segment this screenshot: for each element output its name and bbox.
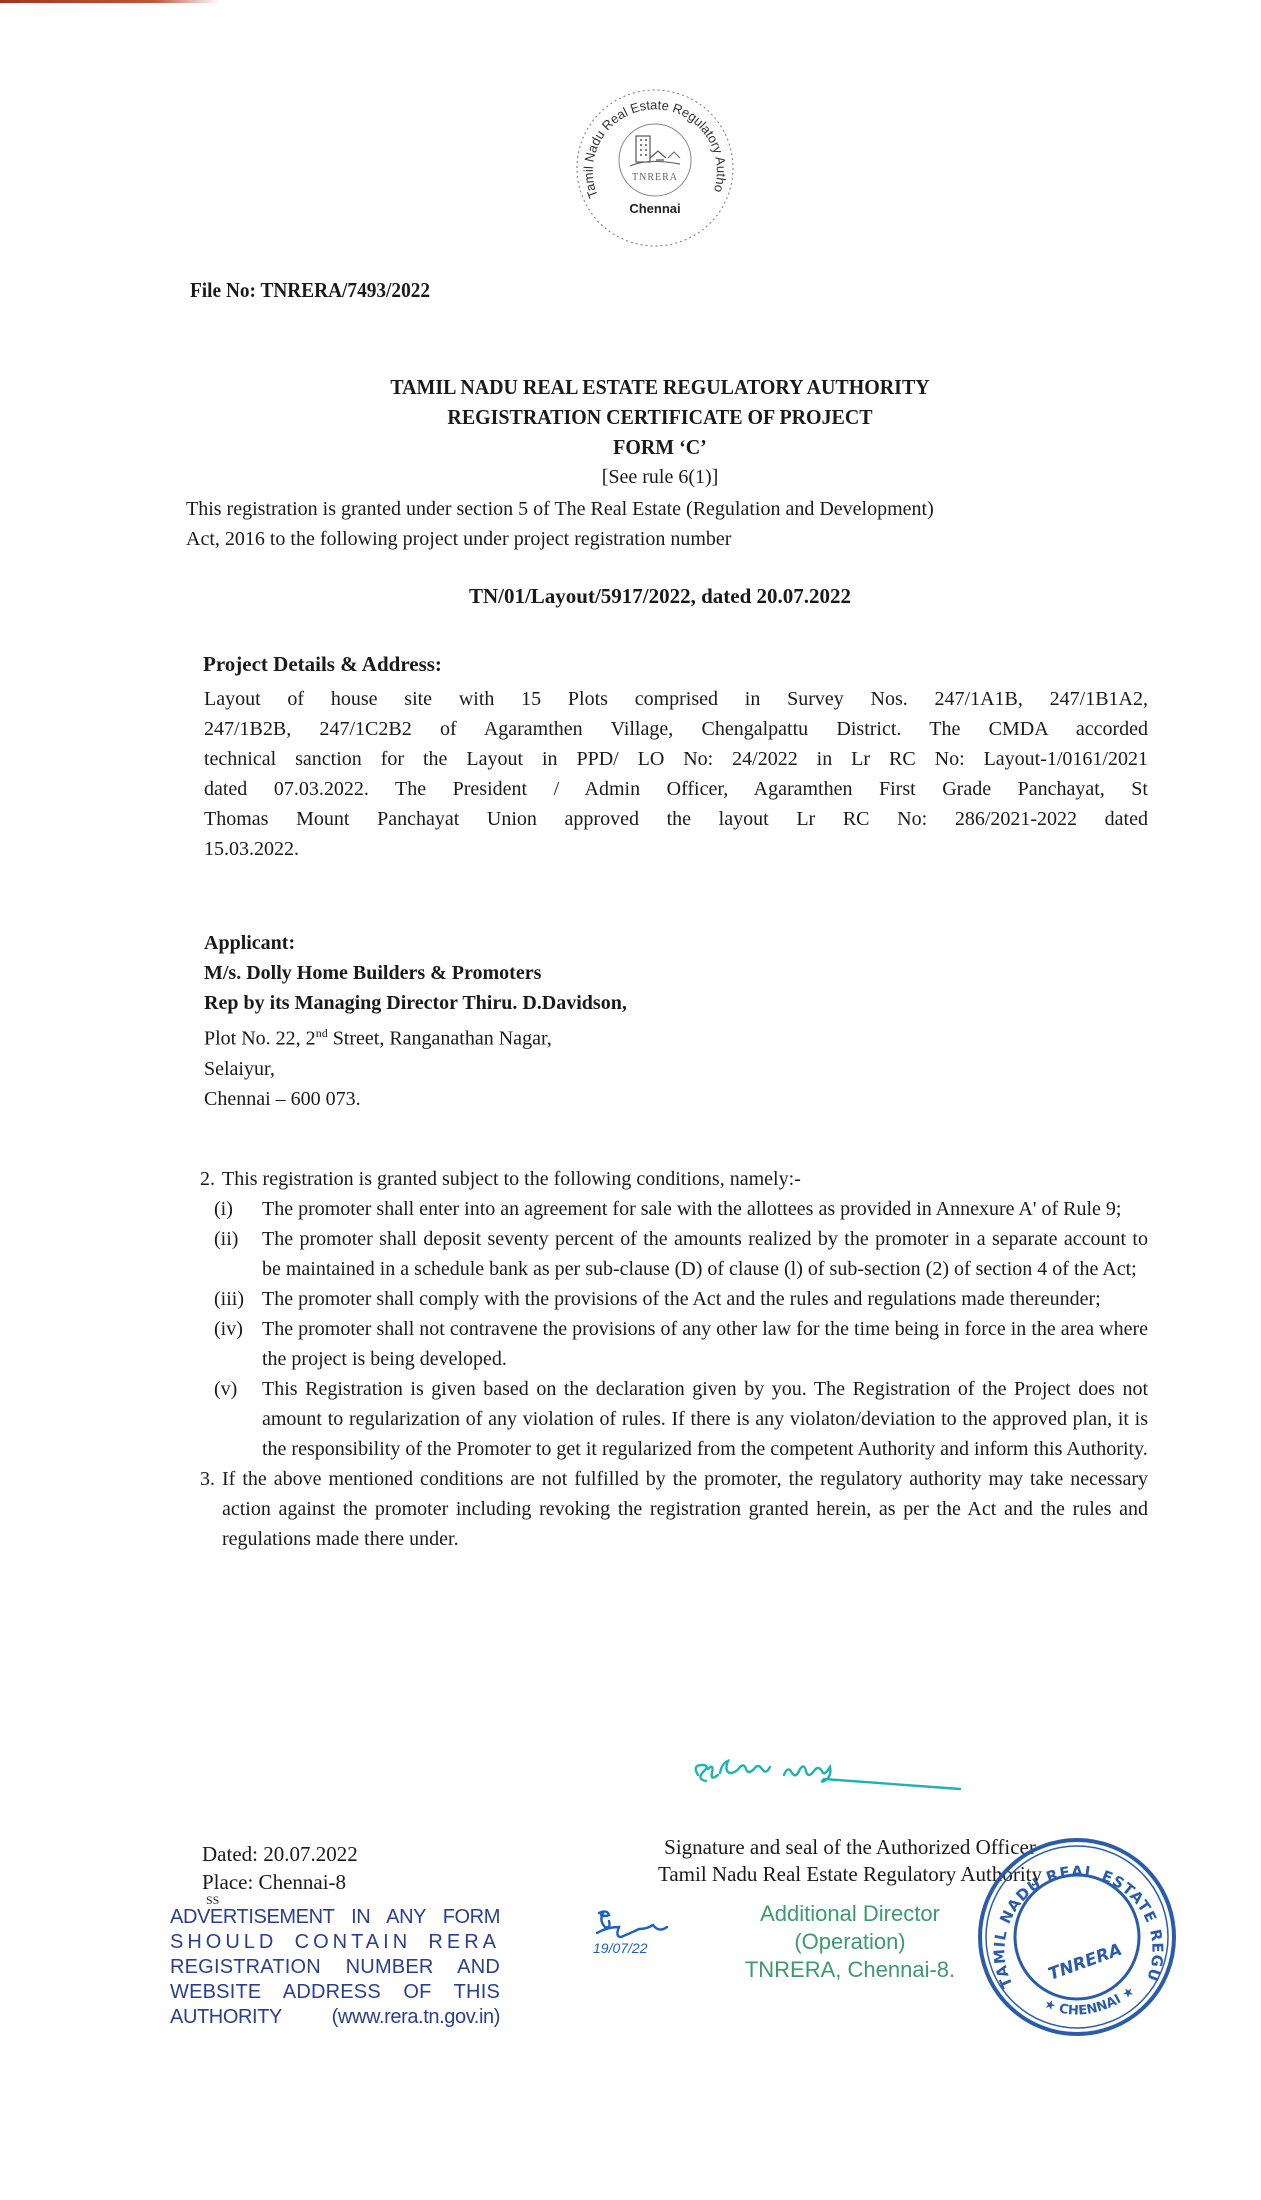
clause-3: 3. If the above mentioned conditions are… — [200, 1464, 1148, 1554]
applicant-city: Chennai – 600 073. — [204, 1084, 627, 1114]
project-details-text: Layout of house site with 15 Plots compr… — [204, 684, 1148, 864]
condition-numeral: (v) — [214, 1374, 262, 1464]
project-details-line: Layout of house site with 15 Plots compr… — [204, 684, 1148, 714]
intro-paragraph: This registration is granted under secti… — [186, 494, 1146, 554]
tnrera-emblem: Tamil Nadu Real Estate Regulatory Author… — [568, 78, 743, 253]
condition-item: (v) This Registration is given based on … — [214, 1374, 1148, 1464]
place: Place: Chennai-8 — [202, 1868, 358, 1896]
project-details-line: 15.03.2022. — [204, 834, 1148, 864]
advertisement-stamp: ADVERTISEMENT IN ANY FORM SHOULD CONTAIN… — [170, 1905, 500, 2030]
applicant-representative: Rep by its Managing Director Thiru. D.Da… — [204, 988, 627, 1018]
applicant-heading: Applicant: — [204, 928, 627, 958]
address-sup: nd — [316, 1026, 328, 1040]
project-details-line: 247/1B2B, 247/1C2B2 of Agaramthen Villag… — [204, 714, 1148, 744]
advertisement-line: AUTHORITY (www.rera.tn.gov.in) — [170, 2005, 500, 2030]
project-details-line: technical sanction for the Layout in PPD… — [204, 744, 1148, 774]
advertisement-line: WEBSITE ADDRESS OF THIS — [170, 1980, 500, 2005]
seal-center-text: TNRERA — [1046, 1940, 1125, 1985]
advertisement-line: REGISTRATION NUMBER AND — [170, 1955, 500, 1980]
conditions-lead: 2. This registration is granted subject … — [200, 1164, 1148, 1194]
project-details-heading: Project Details & Address: — [203, 652, 442, 677]
applicant-address: Plot No. 22, 2nd Street, Ranganathan Nag… — [204, 1018, 627, 1054]
heading-certificate: REGISTRATION CERTIFICATE OF PROJECT — [204, 402, 1116, 432]
conditions-block: 2. This registration is granted subject … — [200, 1164, 1148, 1554]
emblem-bottom-text: Chennai — [629, 201, 680, 216]
certificate-heading: TAMIL NADU REAL ESTATE REGULATORY AUTHOR… — [204, 372, 1116, 462]
condition-item: (iv) The promoter shall not contravene t… — [214, 1314, 1148, 1374]
condition-text: The promoter shall not contravene the pr… — [262, 1314, 1148, 1374]
clause-number: 3. — [200, 1464, 222, 1554]
address-suffix: Street, Ranganathan Nagar, — [328, 1028, 552, 1050]
intro-line-1: This registration is granted under secti… — [186, 494, 1146, 524]
rule-reference: [See rule 6(1)] — [180, 466, 1140, 489]
registration-number: TN/01/Layout/5917/2022, dated 20.07.2022 — [180, 584, 1140, 609]
condition-numeral: (i) — [214, 1194, 262, 1224]
designation-title: Additional Director — [700, 1900, 1000, 1928]
applicant-name: M/s. Dolly Home Builders & Promoters — [204, 958, 627, 988]
emblem-center-text: TNRERA — [632, 172, 678, 183]
applicant-block: Applicant: M/s. Dolly Home Builders & Pr… — [204, 928, 627, 1114]
page-edge-mark — [0, 0, 220, 3]
designation-stamp: Additional Director (Operation) TNRERA, … — [700, 1900, 1000, 1984]
dated: Dated: 20.07.2022 — [202, 1840, 358, 1868]
condition-item: (iii) The promoter shall comply with the… — [214, 1284, 1148, 1314]
condition-numeral: (iv) — [214, 1314, 262, 1374]
advertisement-line: SHOULD CONTAIN RERA — [170, 1930, 500, 1955]
date-place-block: Dated: 20.07.2022 Place: Chennai-8 — [202, 1840, 358, 1896]
svg-text:★ CHENNAI ★: ★ CHENNAI ★ — [1042, 1984, 1138, 2019]
authority-seal: TAMIL NADU REAL ESTATE REGULATORY AUTHOR… — [975, 1835, 1180, 2040]
applicant-locality: Selaiyur, — [204, 1054, 627, 1084]
clause-number: 2. — [200, 1164, 222, 1194]
condition-text: The promoter shall comply with the provi… — [262, 1284, 1148, 1314]
seal-bottom-text: ★ CHENNAI ★ — [1042, 1984, 1138, 2019]
project-details-line: dated 07.03.2022. The President / Admin … — [204, 774, 1148, 804]
officer-signature — [690, 1745, 980, 1795]
designation-department: (Operation) — [700, 1928, 1000, 1956]
initials-date: 19/07/22 — [593, 1940, 648, 1956]
conditions-lead-text: This registration is granted subject to … — [222, 1164, 801, 1194]
heading-form: FORM ‘C’ — [204, 432, 1116, 462]
file-number: File No: TNRERA/7493/2022 — [190, 278, 430, 303]
condition-numeral: (ii) — [214, 1224, 262, 1284]
condition-text: The promoter shall enter into an agreeme… — [262, 1194, 1148, 1224]
heading-authority: TAMIL NADU REAL ESTATE REGULATORY AUTHOR… — [204, 372, 1116, 402]
address-prefix: Plot No. 22, 2 — [204, 1028, 316, 1050]
condition-text: This Registration is given based on the … — [262, 1374, 1148, 1464]
advertisement-line: ADVERTISEMENT IN ANY FORM — [170, 1905, 500, 1930]
condition-numeral: (iii) — [214, 1284, 262, 1314]
condition-item: (i) The promoter shall enter into an agr… — [214, 1194, 1148, 1224]
project-details-line: Thomas Mount Panchayat Union approved th… — [204, 804, 1148, 834]
condition-text: The promoter shall deposit seventy perce… — [262, 1224, 1148, 1284]
handwritten-initials: 19/07/22 — [585, 1905, 685, 1965]
designation-office: TNRERA, Chennai-8. — [700, 1956, 1000, 1984]
intro-line-2: Act, 2016 to the following project under… — [186, 524, 1146, 554]
clause-3-text: If the above mentioned conditions are no… — [222, 1464, 1148, 1554]
condition-item: (ii) The promoter shall deposit seventy … — [214, 1224, 1148, 1284]
